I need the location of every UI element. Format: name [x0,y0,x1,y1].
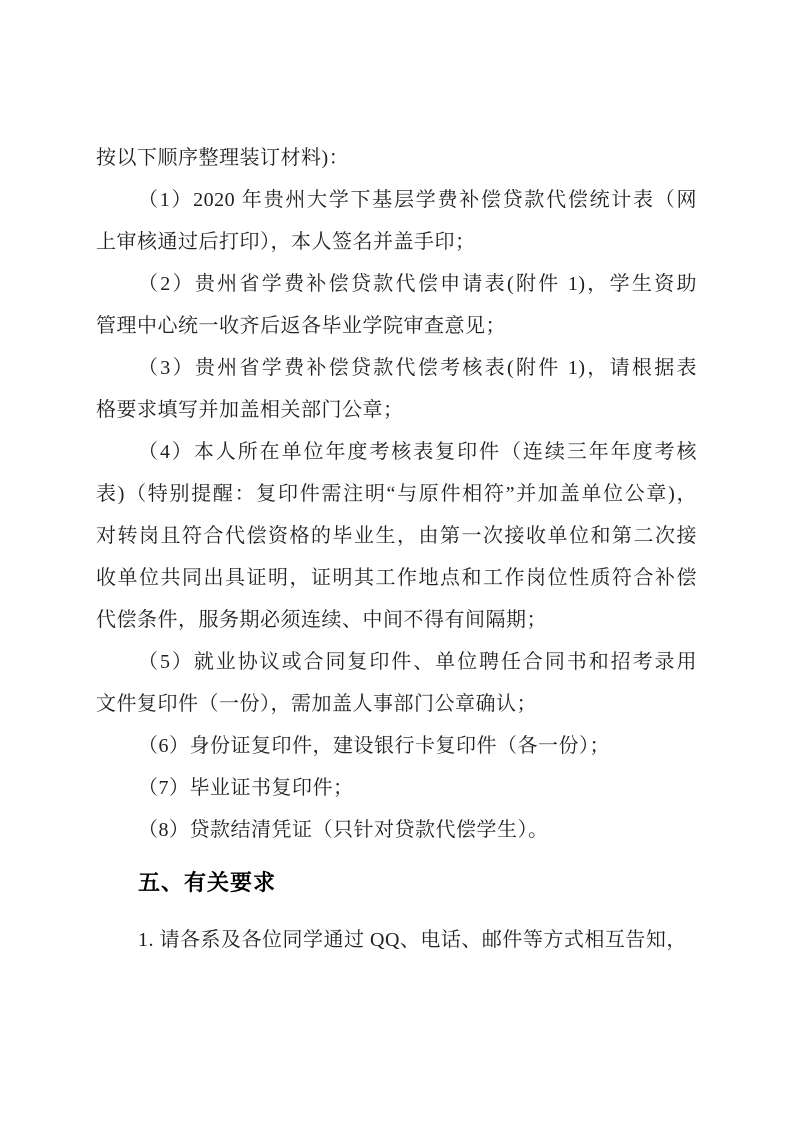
material-3-line-2: 格要求填写并加盖相关部门公章； [96,389,697,431]
material-5-line-2: 文件复印件（一份），需加盖人事部门公章确认； [96,683,697,725]
material-1-line-1: （1）2020 年贵州大学下基层学费补偿贷款代偿统计表（网 [96,179,697,221]
material-4-line-3: 对转岗且符合代偿资格的毕业生，由第一次接收单位和第二次接 [96,515,697,557]
material-8-line-1: （8）贷款结清凭证（只针对贷款代偿学生）。 [96,809,697,851]
material-4-line-5: 代偿条件，服务期必须连续、中间不得有间隔期； [96,599,697,641]
requirement-1-line-1: 1. 请各系及各位同学通过 QQ、电话、邮件等方式相互告知， [96,919,697,961]
intro-line: 按以下顺序整理装订材料)： [96,137,697,179]
section-heading: 五、有关要求 [96,862,697,904]
material-4-line-2: 表)（特别提醒：复印件需注明“与原件相符”并加盖单位公章)， [96,473,697,515]
material-4-line-4: 收单位共同出具证明，证明其工作地点和工作岗位性质符合补偿 [96,557,697,599]
material-2-line-2: 管理中心统一收齐后返各毕业学院审查意见； [96,305,697,347]
material-4-line-1: （4）本人所在单位年度考核表复印件（连续三年年度考核 [96,431,697,473]
material-5-line-1: （5）就业协议或合同复印件、单位聘任合同书和招考录用 [96,641,697,683]
material-1-line-2: 上审核通过后打印），本人签名并盖手印； [96,221,697,263]
material-6-line-1: （6）身份证复印件，建设银行卡复印件（各一份）； [96,725,697,767]
material-7-line-1: （7）毕业证书复印件； [96,767,697,809]
material-3-line-1: （3）贵州省学费补偿贷款代偿考核表(附件 1)，请根据表 [96,347,697,389]
material-2-line-1: （2）贵州省学费补偿贷款代偿申请表(附件 1)，学生资助 [96,263,697,305]
document-page: 按以下顺序整理装订材料)： （1）2020 年贵州大学下基层学费补偿贷款代偿统计… [0,0,793,1122]
